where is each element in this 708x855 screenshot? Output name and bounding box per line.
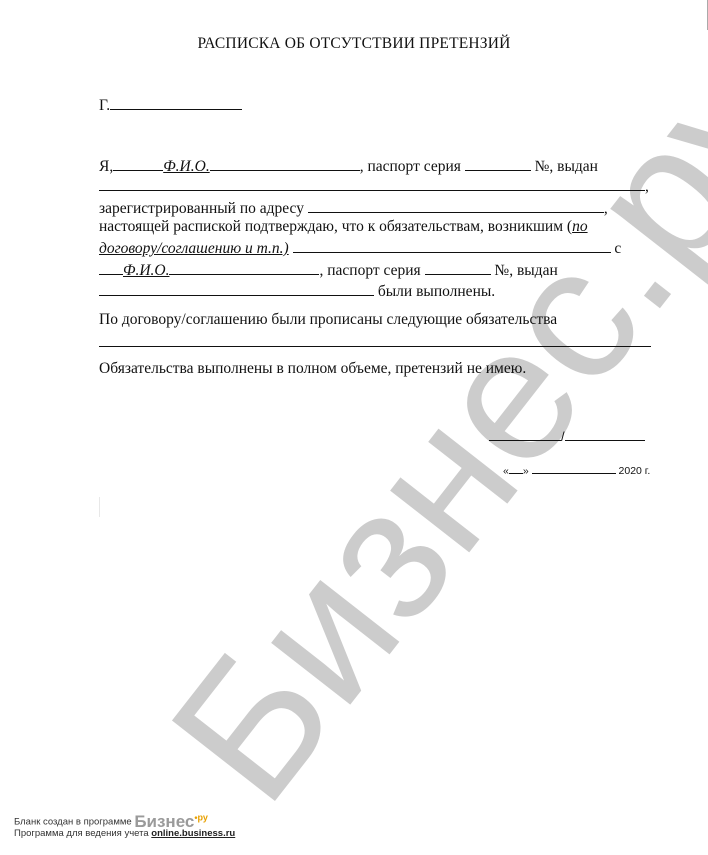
line-7: были выполнены. (99, 281, 495, 301)
text-ya: Я, (99, 158, 113, 175)
signature-line: / (489, 428, 645, 444)
line-4: настоящей распиской подтверждаю, что к о… (99, 218, 588, 236)
conclusion-text: Обязательства выполнены в полном объеме,… (99, 360, 526, 378)
address-label: зарегистрированный по адресу (99, 200, 304, 217)
basis-field[interactable] (293, 238, 611, 253)
footer-line-2: Программа для ведения учета online.busin… (14, 828, 235, 839)
footer: Бланк создан в программе Бизнес•ру Прогр… (14, 812, 235, 839)
footer-line-1: Бланк создан в программе Бизнес•ру (14, 812, 235, 828)
obligations-text: По договору/соглашению были прописаны сл… (99, 311, 557, 329)
signature-name-field[interactable] (565, 428, 645, 441)
passport2-number-label: №, выдан (494, 262, 557, 279)
obligations-field[interactable] (99, 332, 651, 347)
passport-series-label: , паспорт серия (360, 158, 461, 175)
line-5: договору/соглашению и т.п.) с (99, 238, 621, 258)
issued-by2-field[interactable] (99, 281, 374, 296)
obligations-line (99, 332, 651, 352)
date-line: «» 2020 г. (503, 463, 650, 477)
day-field[interactable] (509, 463, 523, 474)
comma: , (604, 200, 608, 217)
faint-mark (99, 497, 100, 517)
passport2-series-field[interactable] (425, 260, 491, 275)
fio-label: Ф.И.О. (163, 158, 209, 175)
passport2-series-label: , паспорт серия (319, 262, 420, 279)
footer-program-text: Программа для ведения учета (14, 828, 149, 839)
address-field[interactable] (308, 198, 604, 213)
line-1: Я,Ф.И.О., паспорт серия №, выдан (99, 156, 598, 176)
footer-created-text: Бланк создан в программе (14, 817, 132, 828)
fio2-prefix-field[interactable] (99, 260, 123, 275)
brand-suffix: •ру (194, 812, 208, 822)
confirmation-text: настоящей распиской подтверждаю, что к о… (99, 218, 572, 235)
line-3: зарегистрированный по адресу , (99, 198, 608, 218)
line-2: , (99, 176, 649, 196)
year-text: 2020 г. (619, 465, 651, 477)
city-field[interactable] (110, 95, 242, 110)
text-s: с (614, 240, 621, 257)
comma: , (645, 178, 649, 195)
basis-label: договору/соглашению и т.п.) (99, 240, 289, 257)
signature-field[interactable] (489, 428, 561, 441)
basis-label-start: по (572, 218, 588, 235)
issued-by-field[interactable] (99, 176, 645, 191)
quote-close: » (523, 465, 529, 477)
city-prefix: Г. (99, 97, 110, 114)
month-field[interactable] (532, 463, 616, 474)
footer-link[interactable]: online.business.ru (151, 828, 235, 839)
fio-prefix-field[interactable] (113, 156, 163, 171)
city-line: Г. (99, 95, 242, 115)
fulfilled-text: были выполнены. (378, 283, 495, 300)
document-title: РАСПИСКА ОБ ОТСУТСТВИИ ПРЕТЕНЗИЙ (0, 35, 708, 53)
passport-series-field[interactable] (465, 156, 531, 171)
passport-number-label: №, выдан (535, 158, 598, 175)
fio2-field[interactable] (169, 260, 319, 275)
line-6: Ф.И.О., паспорт серия №, выдан (99, 260, 558, 280)
fio2-label: Ф.И.О. (123, 262, 169, 279)
fio-field[interactable] (210, 156, 360, 171)
